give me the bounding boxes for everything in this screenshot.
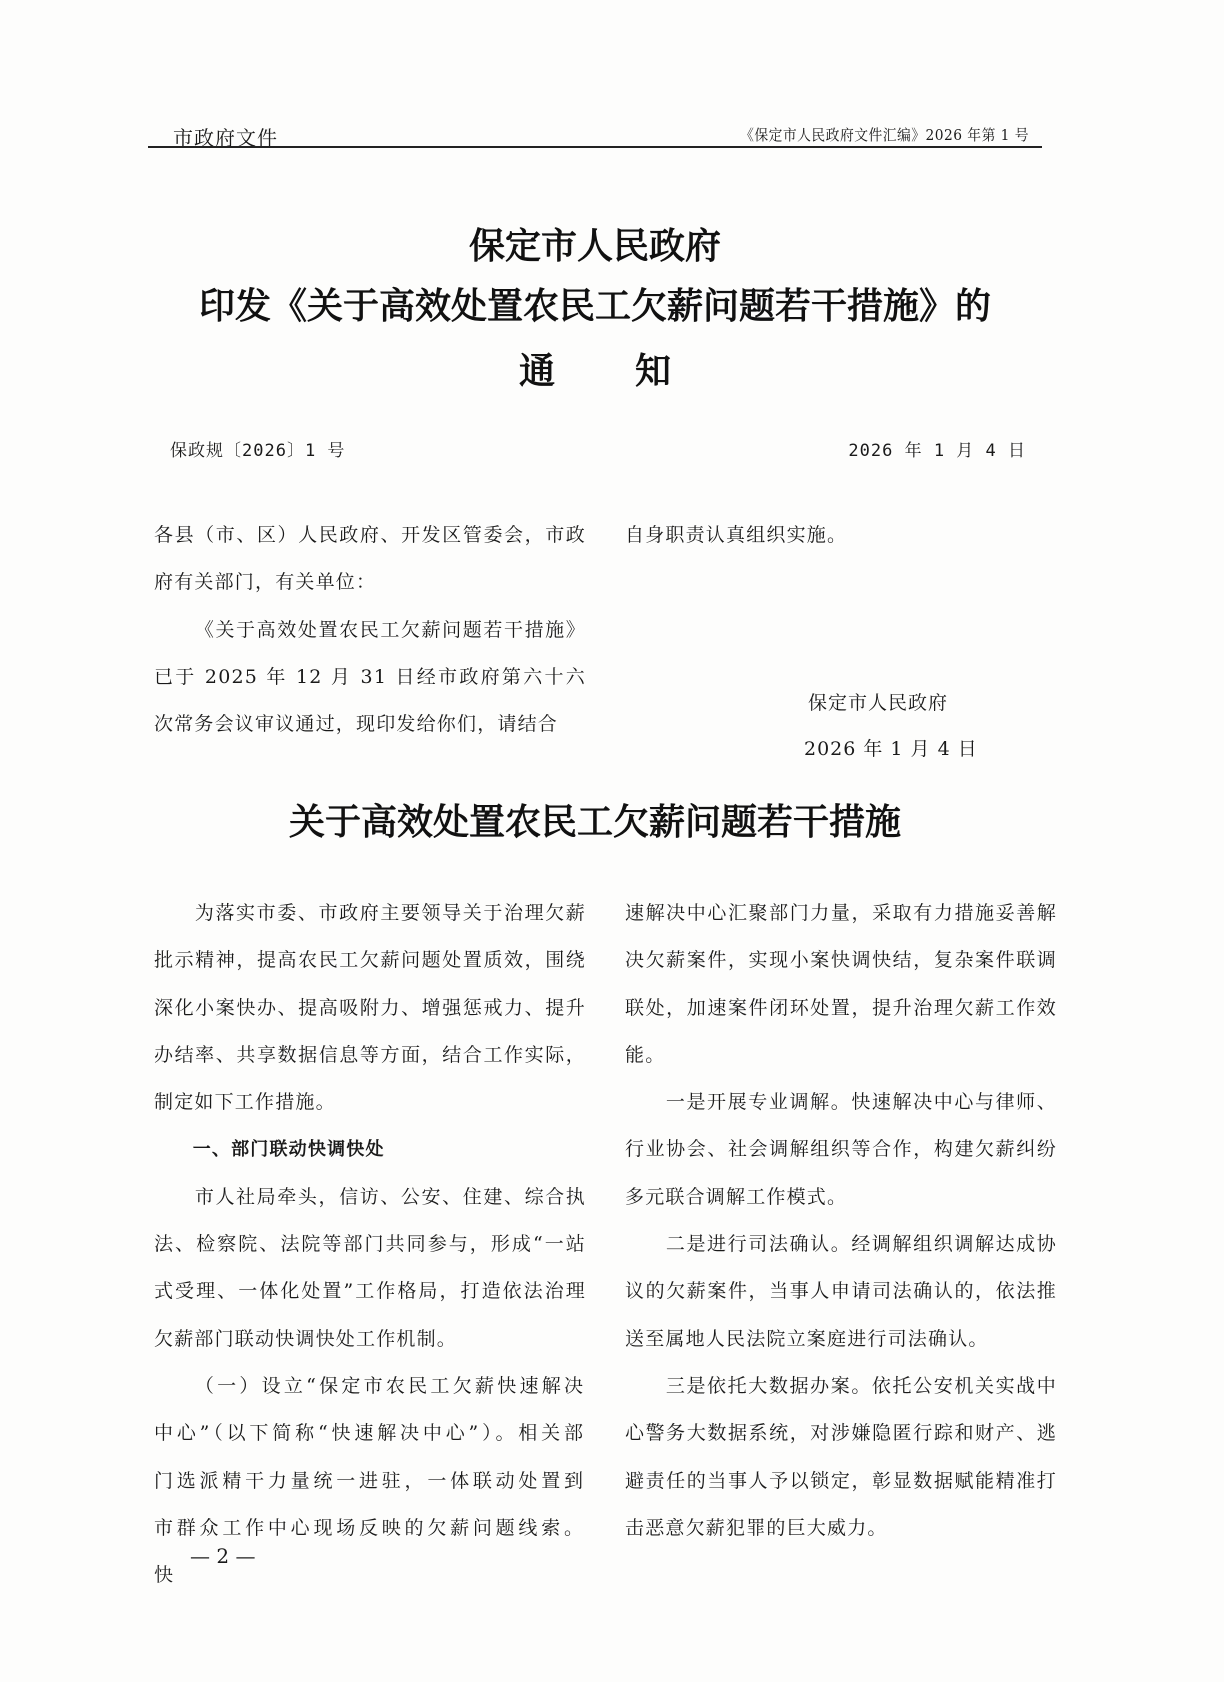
measures-intro: 为落实市委、市政府主要领导关于治理欠薪批示精神，提高农民工欠薪问题处置质效，围绕… — [154, 890, 586, 1126]
page-number: — 2 — — [190, 1544, 255, 1568]
document-date: 2026 年 1 月 4 日 — [848, 436, 1026, 461]
title-notice-char2: 知 — [635, 343, 671, 394]
signature-date: 2026 年 1 月 4 日 — [804, 726, 978, 772]
notice-left-column: 各县（市、区）人民政府、开发区管委会，市政府有关部门，有关单位： 《关于高效处置… — [154, 512, 586, 748]
signature-block: 保定市人民政府 2026 年 1 月 4 日 — [808, 680, 978, 772]
section-body: 市人社局牵头，信访、公安、住建、综合执法、检察院、法院等部门共同参与，形成“一站… — [154, 1174, 586, 1363]
signature-org: 保定市人民政府 — [808, 680, 978, 726]
title-subject: 印发《关于高效处置农民工欠薪问题若干措施》的 — [0, 278, 1190, 329]
point-2: 二是进行司法确认。经调解组织调解达成协议的欠薪案件，当事人申请司法确认的，依法推… — [625, 1221, 1057, 1363]
point-3: 三是依托大数据办案。依托公安机关实战中心警务大数据系统，对涉嫌隐匿行踪和财产、逃… — [625, 1363, 1057, 1552]
measures-left-column: 为落实市委、市政府主要领导关于治理欠薪批示精神，提高农民工欠薪问题处置质效，围绕… — [154, 890, 586, 1599]
section-heading: 一、部门联动快调快处 — [154, 1126, 586, 1173]
point-1: 一是开展专业调解。快速解决中心与律师、行业协会、社会调解组织等合作，构建欠薪纠纷… — [625, 1079, 1057, 1221]
notice-right-column: 自身职责认真组织实施。 — [625, 512, 1057, 559]
title-issuer: 保定市人民政府 — [0, 218, 1190, 269]
notice-body: 《关于高效处置农民工欠薪问题若干措施》已于 2025 年 12 月 31 日经市… — [154, 607, 586, 749]
measures-right-column: 速解决中心汇聚部门力量，采取有力措施妥善解决欠薪案件，实现小案快调快结，复杂案件… — [625, 890, 1057, 1552]
document-number: 保政规〔2026〕1 号 — [170, 436, 345, 461]
measures-title: 关于高效处置农民工欠薪问题若干措施 — [0, 794, 1190, 845]
notice-body-continued: 自身职责认真组织实施。 — [625, 512, 1057, 559]
title-notice-char1: 通 — [519, 343, 555, 394]
notice-addressee: 各县（市、区）人民政府、开发区管委会，市政府有关部门，有关单位： — [154, 512, 586, 607]
running-header-publication: 《保定市人民政府文件汇编》2026 年第 1 号 — [740, 124, 1029, 145]
header-rule — [148, 146, 1042, 148]
title-notice: 通知 — [0, 343, 1190, 394]
item-1-continued: 速解决中心汇聚部门力量，采取有力措施妥善解决欠薪案件，实现小案快调快结，复杂案件… — [625, 890, 1057, 1079]
